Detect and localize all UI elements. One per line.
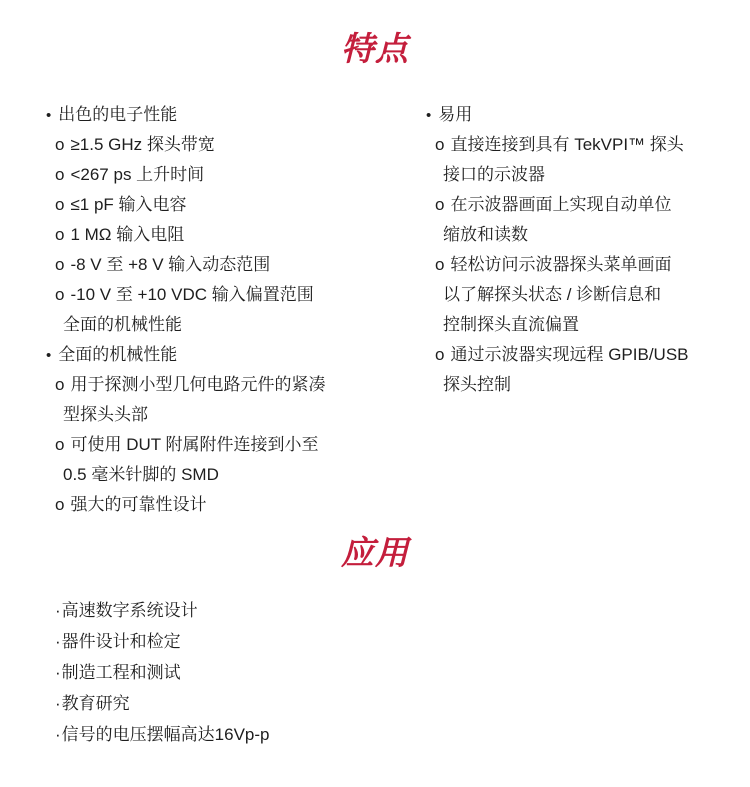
feature-list-item: 接口的示波器 <box>443 160 689 190</box>
bullet-marker: • <box>46 101 51 131</box>
feature-list-item-text: 1 MΩ 输入电阻 <box>70 220 184 250</box>
bullet-marker: o <box>55 190 64 220</box>
application-list-item: · 信号的电压摆幅高达16Vp-p <box>55 719 270 750</box>
bullet-marker: o <box>55 490 64 520</box>
features-left-column: • 出色的电子性能 o ≥1.5 GHz 探头带宽 o <267 ps 上升时间… <box>46 100 325 520</box>
feature-list-item-text: <267 ps 上升时间 <box>70 160 204 190</box>
feature-list-item-text: ≤1 pF 输入电容 <box>70 190 186 220</box>
feature-list-item: • 全面的机械性能 <box>46 340 325 370</box>
application-list-item-text: 信号的电压摆幅高达16Vp-p <box>62 719 270 750</box>
feature-list-item: 型探头头部 <box>63 400 325 430</box>
feature-list-item-text: 出色的电子性能 <box>58 100 177 130</box>
feature-list-item-text: 用于探测小型几何电路元件的紧凑 <box>70 370 325 400</box>
feature-list-item: o 可使用 DUT 附属附件连接到小至 <box>55 430 325 460</box>
feature-list-item-text: 以了解探头状态 / 诊断信息和 <box>443 280 661 310</box>
feature-list-item: 缩放和读数 <box>443 220 689 250</box>
features-right-column: • 易用 o 直接连接到具有 TekVPI™ 探头 接口的示波器 o 在示波器画… <box>426 100 689 400</box>
feature-list-item: o 轻松访问示波器探头菜单画面 <box>435 250 689 280</box>
feature-list-item: o -8 V 至 +8 V 输入动态范围 <box>55 250 325 280</box>
feature-list-item: o 1 MΩ 输入电阻 <box>55 220 325 250</box>
application-list-item: · 教育研究 <box>55 688 270 719</box>
application-list-item: · 器件设计和检定 <box>55 626 270 657</box>
bullet-marker: o <box>435 250 444 280</box>
application-list-item-text: 制造工程和测试 <box>62 657 181 688</box>
bullet-marker: · <box>55 595 61 626</box>
feature-list-item-text: ≥1.5 GHz 探头带宽 <box>70 130 214 160</box>
datasheet-page: { "page": { "background": "#ffffff", "he… <box>0 0 750 787</box>
feature-list-item-text: 接口的示波器 <box>443 160 545 190</box>
feature-list-item-text: 通过示波器实现远程 GPIB/USB <box>450 340 688 370</box>
feature-list-item-text: 全面的机械性能 <box>58 340 177 370</box>
bullet-marker: o <box>435 130 444 160</box>
feature-list-item: • 出色的电子性能 <box>46 100 325 130</box>
feature-list-item: o 在示波器画面上实现自动单位 <box>435 190 689 220</box>
bullet-marker: o <box>55 130 64 160</box>
feature-list-item: 以了解探头状态 / 诊断信息和 <box>443 280 689 310</box>
feature-list-item-text: 易用 <box>438 100 472 130</box>
feature-list-item: o <267 ps 上升时间 <box>55 160 325 190</box>
bullet-marker: · <box>55 719 61 750</box>
feature-list-item: 探头控制 <box>443 370 689 400</box>
bullet-marker: · <box>55 688 61 719</box>
bullet-marker: · <box>55 626 61 657</box>
application-list-item: · 高速数字系统设计 <box>55 595 270 626</box>
bullet-marker: o <box>55 250 64 280</box>
feature-list-item: 全面的机械性能 <box>63 310 325 340</box>
feature-list-item-text: 全面的机械性能 <box>63 310 182 340</box>
feature-list-item-text: 型探头头部 <box>63 400 148 430</box>
feature-list-item: o ≥1.5 GHz 探头带宽 <box>55 130 325 160</box>
feature-list-item-text: 强大的可靠性设计 <box>70 490 206 520</box>
feature-list-item-text: -10 V 至 +10 VDC 输入偏置范围 <box>70 280 313 310</box>
applications-list: · 高速数字系统设计 · 器件设计和检定 · 制造工程和测试 · 教育研究 · … <box>55 595 270 750</box>
feature-list-item: o 用于探测小型几何电路元件的紧凑 <box>55 370 325 400</box>
application-list-item-text: 高速数字系统设计 <box>62 595 198 626</box>
bullet-marker: o <box>435 340 444 370</box>
feature-list-item-text: 缩放和读数 <box>443 220 528 250</box>
bullet-marker: o <box>55 430 64 460</box>
feature-list-item-text: 控制探头直流偏置 <box>443 310 579 340</box>
feature-list-item: • 易用 <box>426 100 689 130</box>
feature-list-item-text: 轻松访问示波器探头菜单画面 <box>450 250 671 280</box>
feature-list-item: o 直接连接到具有 TekVPI™ 探头 <box>435 130 689 160</box>
feature-list-item: o ≤1 pF 输入电容 <box>55 190 325 220</box>
bullet-marker: o <box>55 160 64 190</box>
feature-list-item-text: 直接连接到具有 TekVPI™ 探头 <box>450 130 683 160</box>
bullet-marker: o <box>55 220 64 250</box>
feature-list-item: o 通过示波器实现远程 GPIB/USB <box>435 340 689 370</box>
application-list-item-text: 教育研究 <box>62 688 130 719</box>
bullet-marker: • <box>426 101 431 131</box>
bullet-marker: o <box>55 370 64 400</box>
bullet-marker: o <box>55 280 64 310</box>
feature-list-item-text: 在示波器画面上实现自动单位 <box>450 190 671 220</box>
feature-list-item-text: -8 V 至 +8 V 输入动态范围 <box>70 250 270 280</box>
bullet-marker: • <box>46 341 51 371</box>
features-section-title: 特点 <box>0 30 750 68</box>
applications-section-title: 应用 <box>0 534 750 572</box>
feature-list-item: o -10 V 至 +10 VDC 输入偏置范围 <box>55 280 325 310</box>
application-list-item: · 制造工程和测试 <box>55 657 270 688</box>
feature-list-item-text: 可使用 DUT 附属附件连接到小至 <box>70 430 318 460</box>
bullet-marker: · <box>55 657 61 688</box>
feature-list-item: o 强大的可靠性设计 <box>55 490 325 520</box>
bullet-marker: o <box>435 190 444 220</box>
feature-list-item-text: 0.5 毫米针脚的 SMD <box>63 460 219 490</box>
feature-list-item: 0.5 毫米针脚的 SMD <box>63 460 325 490</box>
application-list-item-text: 器件设计和检定 <box>62 626 181 657</box>
feature-list-item-text: 探头控制 <box>443 370 511 400</box>
feature-list-item: 控制探头直流偏置 <box>443 310 689 340</box>
